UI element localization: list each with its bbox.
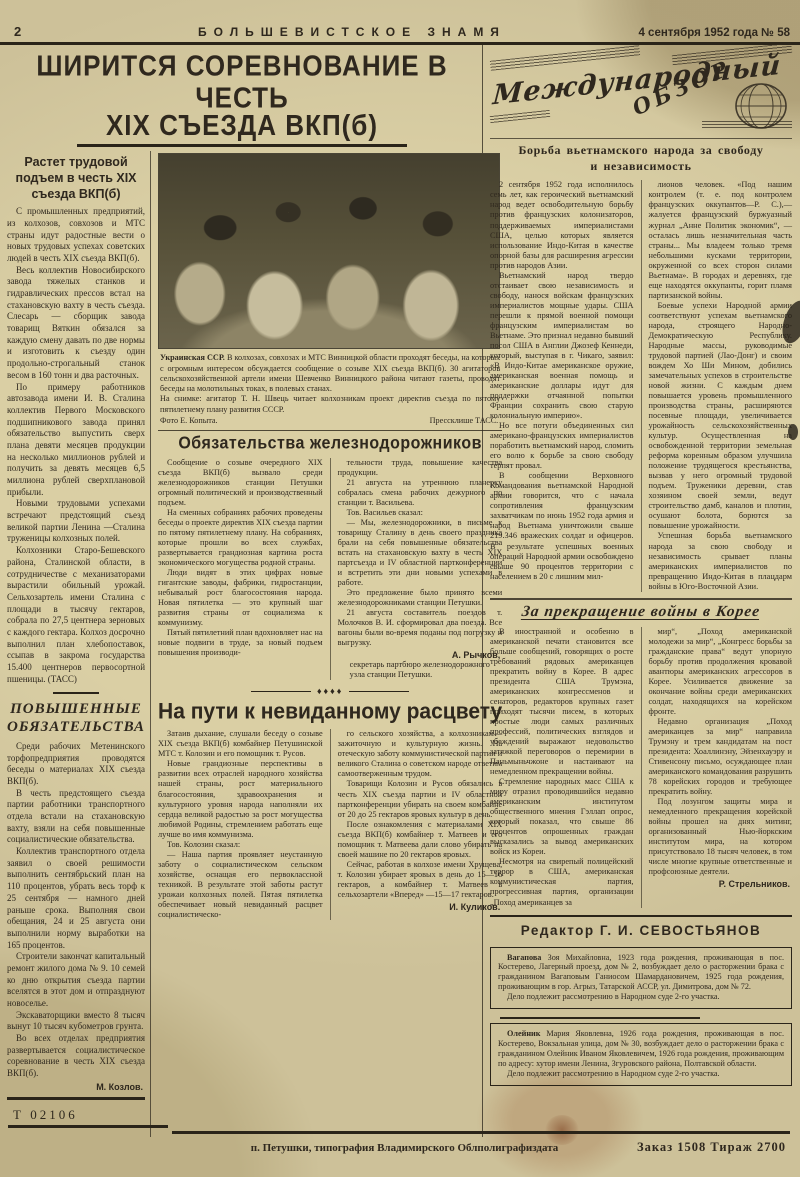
paragraph: тельности труда, повышение качества прод…	[338, 458, 503, 478]
article-title-blossom: На пути к невиданному расцвету	[158, 700, 502, 725]
railway-column-1: Сообщение о созыве очередного XIX съезда…	[158, 458, 323, 681]
paragraph: — Мы, железнодорожники, в письме к товар…	[338, 518, 503, 588]
paragraph: Несмотря на свирепый полицейский террор …	[490, 857, 634, 907]
notice-body: Зоя Михайловна, 1923 года рождения, прож…	[498, 953, 784, 992]
paragraph: Колхозники Старо-Бешевского района, Стал…	[7, 545, 145, 685]
diamond-divider: ♦♦♦♦	[158, 686, 502, 696]
page-blemish	[788, 424, 798, 440]
footer-left-spacer	[8, 1125, 168, 1136]
news-photo	[158, 153, 500, 349]
paragraph: По примеру работников автозавода имени И…	[7, 382, 145, 499]
author-signature: А. Рычков,	[338, 650, 501, 660]
caption-lead: Украинская ССР.	[160, 353, 225, 362]
blossom-column-2: го сельского хозяйства, а колхозникам—за…	[330, 729, 503, 920]
paragraph: Успешная борьба вьетнамского народа за с…	[649, 531, 793, 591]
headline-underline	[77, 144, 407, 147]
paragraph: Товарищи Колозин и Русов обязались в чес…	[338, 779, 503, 819]
raised-title-line2: ОБЯЗАТЕЛЬСТВА	[7, 719, 145, 736]
notice-text: Дело подлежит рассмотрению в Народном су…	[498, 1069, 784, 1079]
paragraph: Боевые успехи Народной армии соответству…	[649, 301, 793, 532]
photo-credits: Фото Е. Копыта. Прессклише ТАСС.	[158, 415, 502, 425]
raised-title-line1: ПОВЫШЕННЫЕ	[7, 701, 145, 718]
international-review-logo: Международный обзор	[490, 47, 792, 139]
printing-house-imprint: п. Петушки, типография Владимирского Обл…	[172, 1142, 637, 1154]
newspaper-page: 2 БОЛЬШЕВИСТСКОЕ ЗНАМЯ 4 сентября 1952 г…	[0, 0, 800, 1177]
diamond-glyphs: ♦♦♦♦	[311, 686, 349, 696]
paragraph: Коллектив транспортного отдела заявил о …	[7, 846, 145, 951]
paragraph: Сейчас, работая в колхозе имени Хрущева,…	[338, 860, 503, 900]
paragraph: На сменных собраниях рабочих проведены б…	[158, 508, 323, 568]
paragraph: Под лозунгом защиты мира и немедленного …	[649, 797, 793, 877]
notice-divider	[500, 1017, 700, 1019]
editor-line: Редактор Г. И. СЕВОСТЬЯНОВ	[490, 915, 792, 943]
author-signature: М. Козлов.	[7, 1082, 143, 1092]
paragraph: лионов человек. «Под нашим контролем (т.…	[649, 180, 793, 300]
left-section: ШИРИТСЯ СОРЕВНОВАНИЕ В ЧЕСТЬ XIX СЪЕЗДА …	[0, 45, 483, 1137]
vietnam-article: 2 сентября 1952 года исполнилось семь ле…	[490, 180, 792, 591]
divorce-notice-2: Олейник Мария Яковлевна, 1926 года рожде…	[490, 1023, 792, 1086]
author-signature: И. Куликов.	[338, 902, 501, 912]
korea-article: В иностранной и особенно в американской …	[490, 627, 792, 908]
author-role: секретарь партбюро железнодорожного узла…	[338, 660, 503, 680]
center-column: Украинская ССР. В колхозах, совхозах и М…	[151, 151, 504, 1137]
masthead-row: 2 БОЛЬШЕВИСТСКОЕ ЗНАМЯ 4 сентября 1952 г…	[0, 0, 800, 45]
globe-icon	[734, 81, 788, 131]
paragraph: Среди рабочих Метенинского торфопредприя…	[7, 741, 145, 788]
left-column: Растет трудовой подъем в честь XIX съезд…	[6, 151, 151, 1137]
notice-text: Дело подлежит рассмотрению в Народном су…	[498, 992, 784, 1002]
paragraph: 21 августа на утреннюю планерку собралас…	[338, 478, 503, 508]
paragraph: — Наша партия проявляет неустанную забот…	[158, 850, 323, 920]
photo-credit: Фото Е. Копыта.	[160, 416, 218, 425]
railway-column-2: тельности труда, повышение качества прод…	[330, 458, 503, 681]
author-signature: Р. Стрельников.	[649, 879, 791, 889]
korea-column-1: В иностранной и особенно в американской …	[490, 627, 634, 908]
headline-line1: ШИРИТСЯ СОРЕВНОВАНИЕ В ЧЕСТЬ	[6, 50, 478, 114]
korea-column-2: мир“, „Поход американской молодежи за ми…	[641, 627, 793, 908]
vietnam-title-line2: и независимость	[490, 158, 792, 174]
paragraph: Недавно организация „Поход американцев з…	[649, 717, 793, 797]
blossom-article: Затаив дыхание, слушали беседу о созыве …	[158, 729, 502, 920]
photo-caption: Украинская ССР. В колхозах, совхозах и М…	[158, 353, 502, 394]
paragraph: Новые грандиозные перспективы в развитии…	[158, 759, 323, 839]
paragraph: 21 августа составитель поездов т. Молочк…	[338, 608, 503, 648]
section-rule	[158, 430, 502, 431]
paragraph: В честь предстоящего съезда партии работ…	[7, 788, 145, 846]
paragraph: Тов. Васильев сказал:	[338, 508, 503, 518]
paragraph: Это предложение было принято всеми желез…	[338, 588, 503, 608]
paragraph: Вьетнамский народ твердо отстаивает свою…	[490, 271, 634, 421]
notice-text: Олейник Мария Яковлевна, 1926 года рожде…	[498, 1029, 784, 1069]
headline-line2: XIX СЪЕЗДА ВКП(б)	[6, 110, 478, 142]
vietnam-column-2: лионов человек. «Под нашим контролем (т.…	[641, 180, 793, 591]
order-and-circulation: Заказ 1508 Тираж 2700	[637, 1140, 790, 1155]
article-divider	[53, 692, 99, 694]
vietnam-column-1: 2 сентября 1952 года исполнилось семь ле…	[490, 180, 634, 591]
article-title-railway: Обязательства железнодорожников	[158, 434, 502, 453]
notice-body: Мария Яковлевна, 1926 года рождения, про…	[498, 1029, 784, 1068]
newspaper-title: БОЛЬШЕВИСТСКОЕ ЗНАМЯ	[104, 25, 600, 39]
paragraph: С промышленных предприятий, из колхозов,…	[7, 206, 145, 264]
footer-imprint-row: п. Петушки, типография Владимирского Обл…	[172, 1131, 790, 1155]
paragraph: Люди видят в этих цифрах новые гигантски…	[158, 568, 323, 628]
blossom-column-1: Затаив дыхание, слушали беседу о созыве …	[158, 729, 323, 920]
article-title-raised-obligations: ПОВЫШЕННЫЕ ОБЯЗАТЕЛЬСТВА	[7, 701, 145, 736]
paragraph: го сельского хозяйства, а колхозникам—за…	[338, 729, 503, 779]
issue-date: 4 сентября 1952 года № 58	[600, 27, 790, 39]
paragraph: Весь коллектив Новосибирского завода тяж…	[7, 265, 145, 382]
paragraph: мир“, „Поход американской молодежи за ми…	[649, 627, 793, 717]
photo-caption-snapshot: На снимке: агитатор Т. Н. Швець читает к…	[158, 394, 502, 415]
page-footer: п. Петушки, типография Владимирского Обл…	[0, 1125, 800, 1177]
article-title-korea: За прекращение войны в Корее	[489, 603, 794, 621]
paragraph: После ознакомления с материалами XIX съе…	[338, 820, 503, 860]
railway-article: Сообщение о созыве очередного XIX съезда…	[158, 458, 502, 681]
korea-article-section: За прекращение войны в Корее В иностранн…	[490, 598, 792, 908]
notice-text: Вагапова Зоя Михайловна, 1923 года рожде…	[498, 953, 784, 993]
paragraph: Экскаваторщики вместо 8 тысяч вынут 10 т…	[7, 1010, 145, 1033]
notice-lead: Вагапова	[507, 953, 541, 962]
paragraph: Затаив дыхание, слушали беседу о созыве …	[158, 729, 323, 759]
right-section: Международный обзор Борьба вьетнамского …	[483, 45, 800, 1137]
divorce-notice-1: Вагапова Зоя Михайловна, 1923 года рожде…	[490, 947, 792, 1010]
paragraph: Пятый пятилетний план вдохновляет нас на…	[158, 628, 323, 658]
paragraph: 2 сентября 1952 года исполнилось семь ле…	[490, 180, 634, 270]
paragraph: В сообщении Верховного Командования вьет…	[490, 471, 634, 581]
paragraph: Но все потуги объединенных сил американо…	[490, 421, 634, 471]
hatch-decoration	[490, 110, 550, 123]
page-number: 2	[14, 24, 104, 39]
paragraph: Новыми трудовыми успехами встречают пред…	[7, 498, 145, 545]
paragraph: Во всех отделах предприятия развертывает…	[7, 1033, 145, 1080]
main-headline: ШИРИТСЯ СОРЕВНОВАНИЕ В ЧЕСТЬ XIX СЪЕЗДА …	[6, 49, 478, 151]
article-title-labor-rise: Растет трудовой подъем в честь XIX съезд…	[7, 155, 145, 202]
notice-lead: Олейник	[507, 1029, 540, 1038]
vietnam-title-line1: Борьба вьетнамского народа за свободу	[490, 142, 792, 158]
paragraph: Тов. Колозин сказал:	[158, 840, 323, 850]
paragraph: В иностранной и особенно в американской …	[490, 627, 634, 777]
paragraph: Строители закончат капитальный ремонт жи…	[7, 951, 145, 1009]
paragraph: Сообщение о созыве очередного XIX съезда…	[158, 458, 323, 508]
article-title-vietnam: Борьба вьетнамского народа за свободу и …	[490, 142, 792, 174]
paragraph: Стремление народных масс США к миру отра…	[490, 777, 634, 857]
